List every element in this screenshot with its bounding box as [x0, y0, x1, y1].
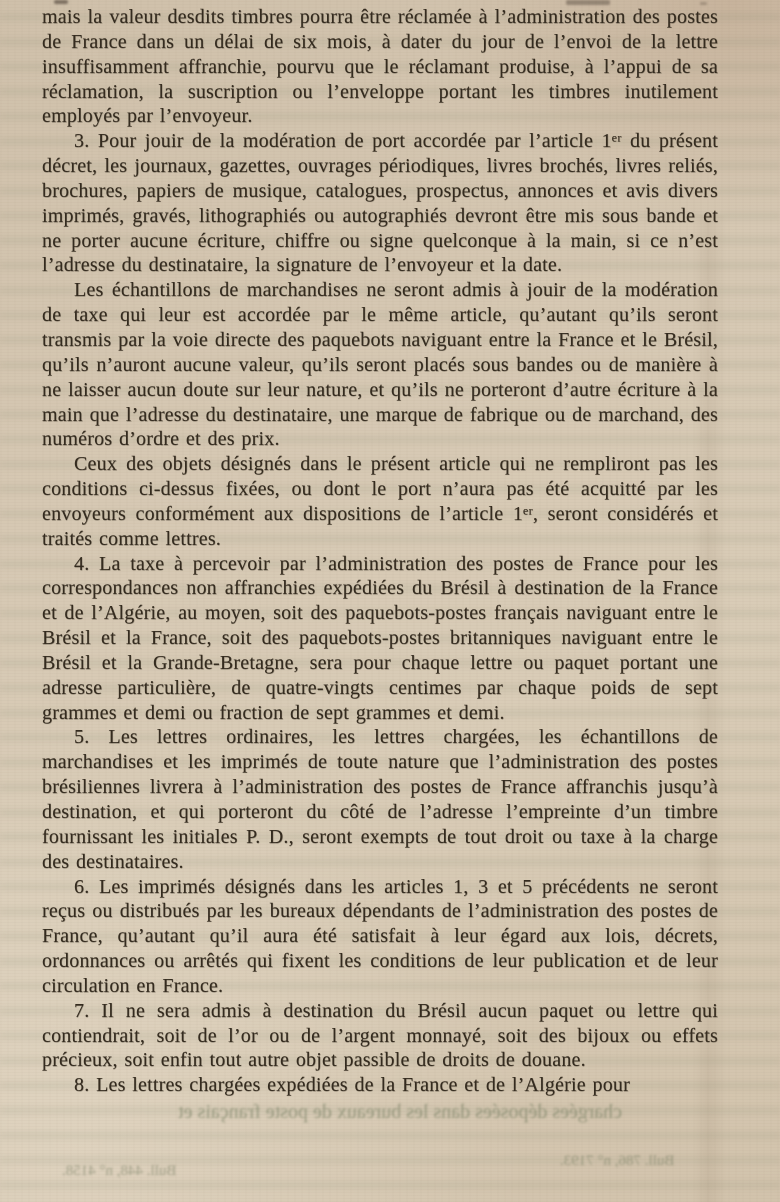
paragraph-article-7: 7. Il ne sera admis à destination du Bré… [42, 999, 718, 1074]
bleedthrough-footnote: Bull. 786, n° 7193. [560, 1153, 674, 1170]
paragraph-article-6: 6. Les imprimés désignés dans les articl… [42, 875, 718, 999]
decree-text-block: mais la valeur desdits timbres pourra êt… [42, 5, 718, 1098]
paragraph-article-5: 5. Les lettres ordinaires, les lettres c… [42, 725, 718, 874]
paragraph-echantillons: Les échantillons de marchandises ne sero… [42, 278, 718, 452]
paragraph-article-8: 8. Les lettres chargées expédiées de la … [42, 1073, 718, 1098]
book-page: mais la valeur desdits timbres pourra êt… [0, 0, 780, 1202]
bleedthrough-text: chargées déposées dans les bureaux de po… [80, 1101, 720, 1124]
paragraph-objets-non-conformes: Ceux des objets désignés dans le présent… [42, 452, 718, 551]
bleedthrough-footnote: Bull. 448, n° 4158. [62, 1163, 176, 1180]
paragraph-article-3: 3. Pour jouir de la modération de port a… [42, 129, 718, 278]
paragraph-continuation: mais la valeur desdits timbres pourra êt… [42, 5, 718, 129]
page-edge-artifact [54, 0, 68, 4]
paragraph-article-4: 4. La taxe à percevoir par l’administrat… [42, 552, 718, 726]
